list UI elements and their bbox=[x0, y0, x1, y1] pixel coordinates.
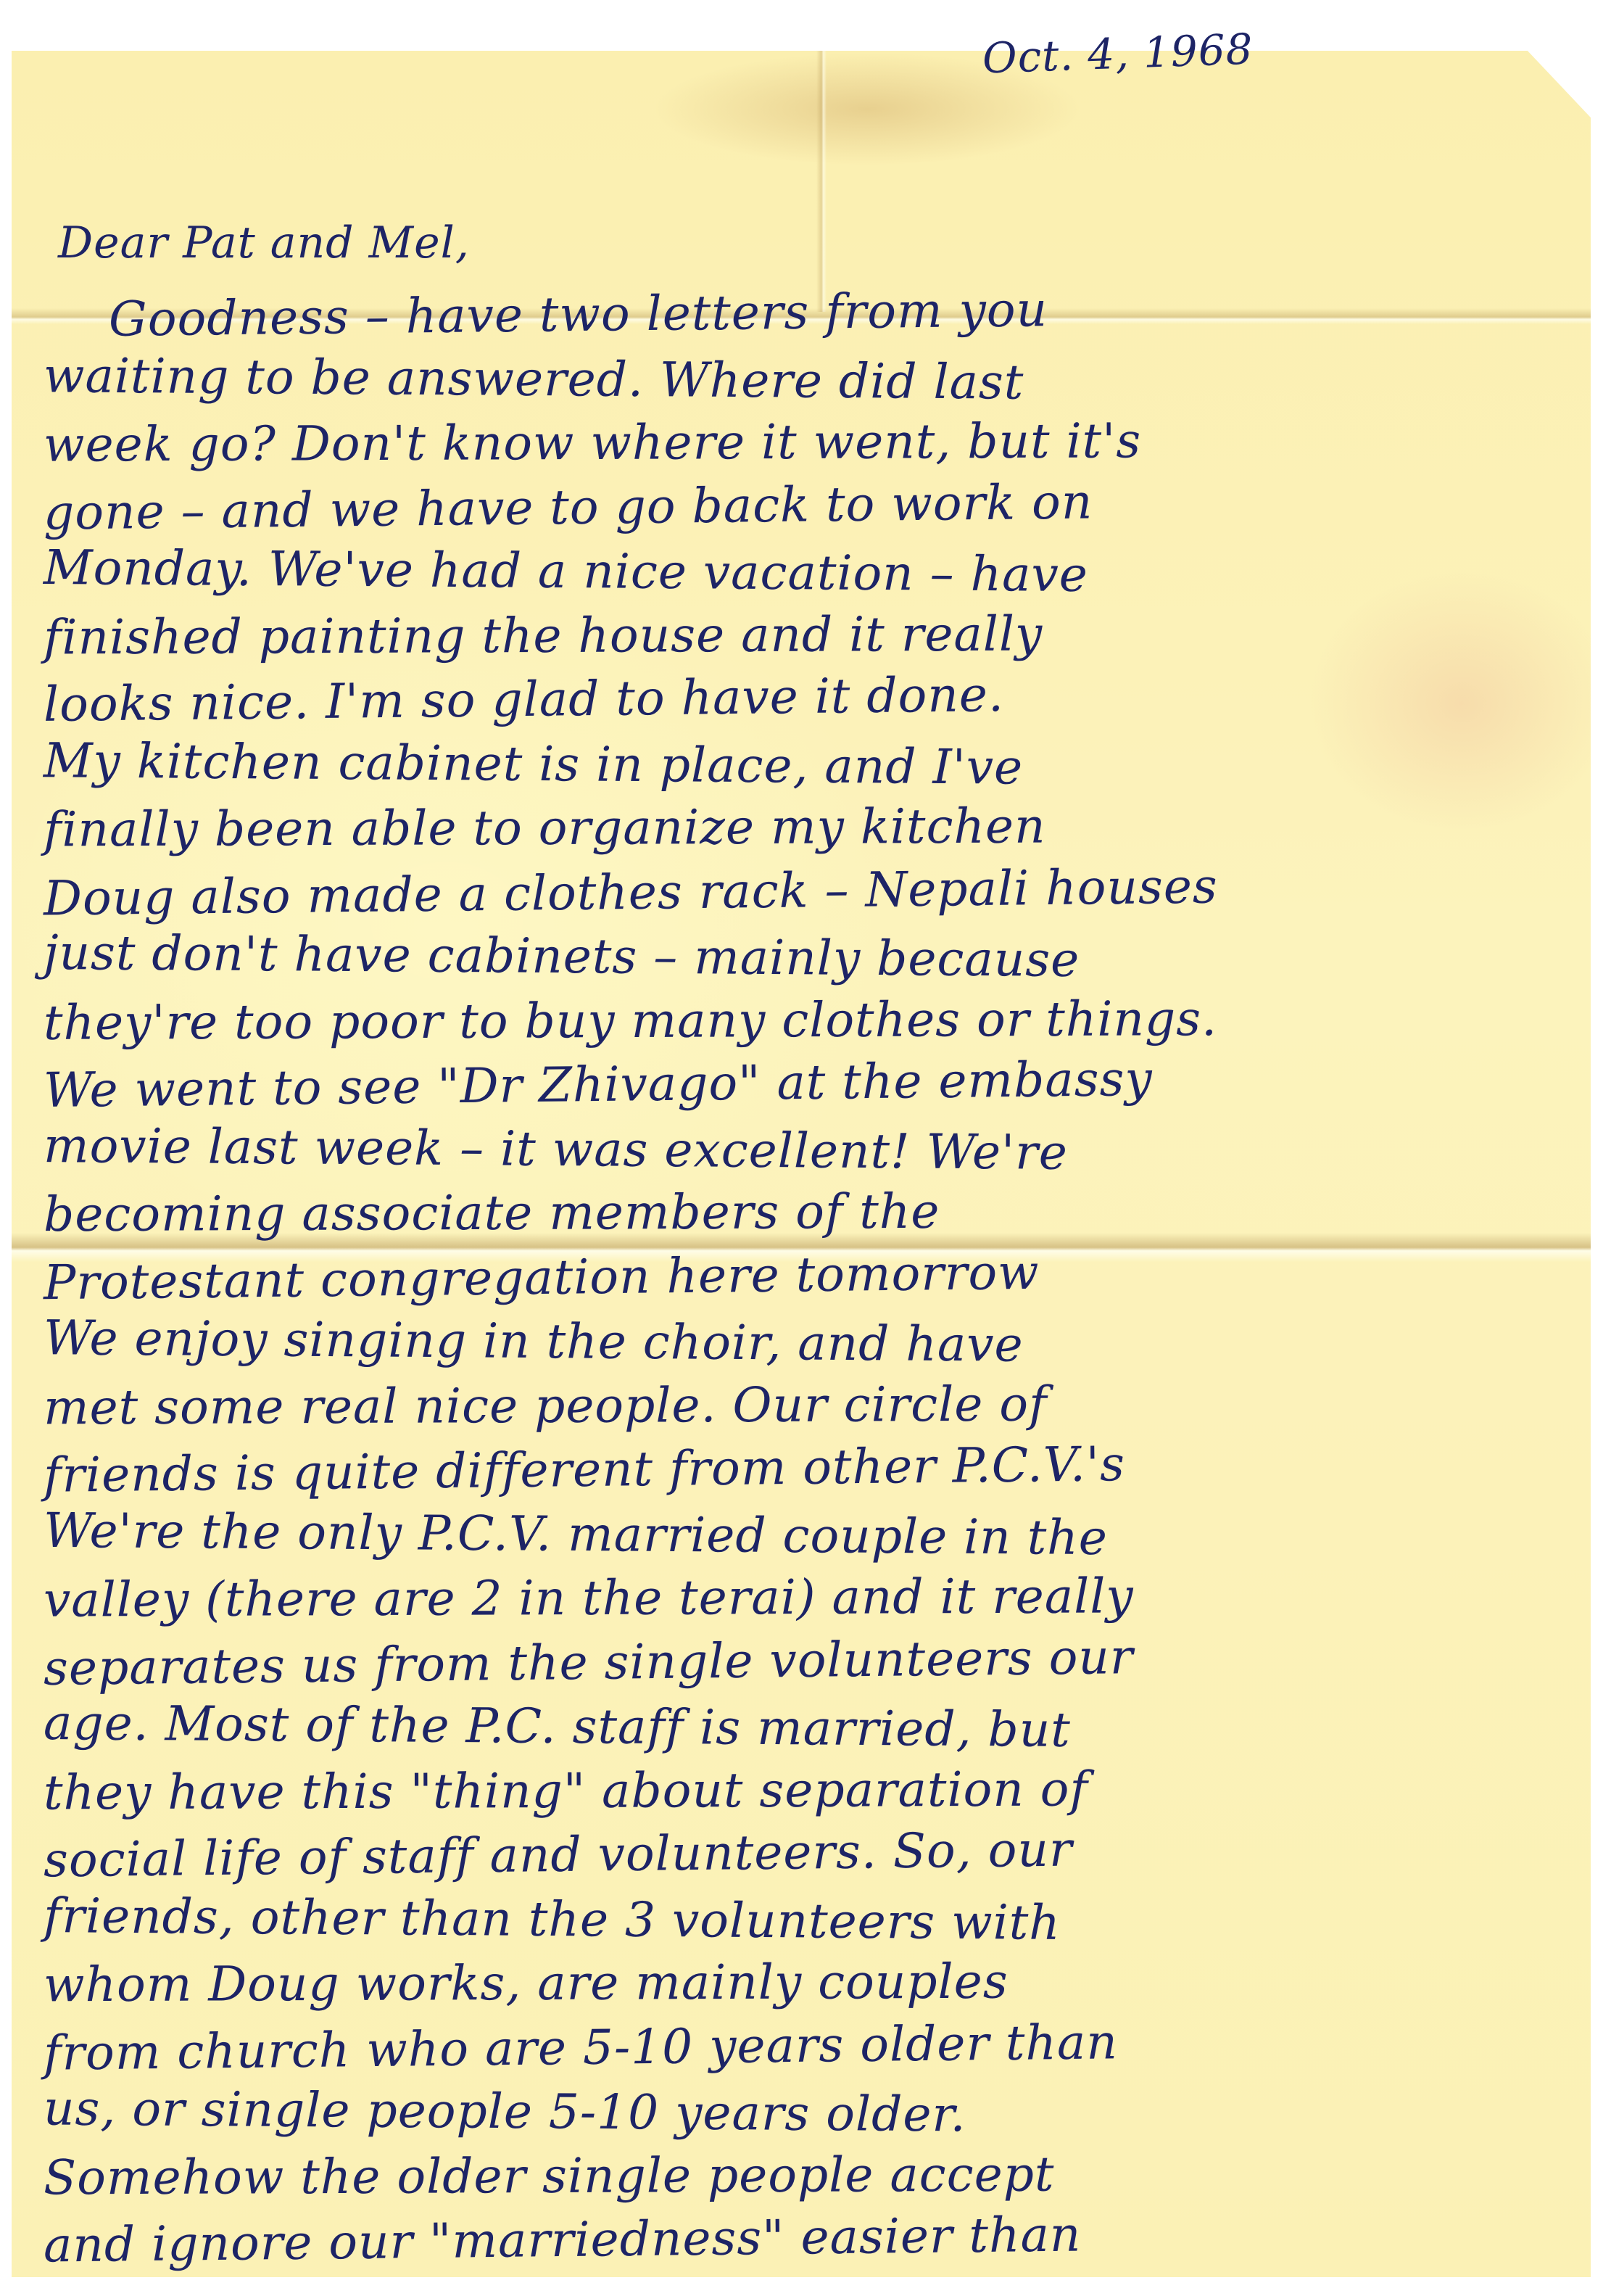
letter-line: Somehow the older single people accept bbox=[44, 2146, 1055, 2205]
letter-line: movie last week – it was excellent! We'r… bbox=[44, 1118, 1068, 1181]
letter-line: whom Doug works, are mainly couples bbox=[44, 1954, 1009, 2013]
letter-line: Monday. We've had a nice vacation – have bbox=[44, 540, 1088, 603]
letter-line: separates us from the single volunteers … bbox=[44, 1629, 1134, 1696]
letter-line: week go? Don't know where it went, but i… bbox=[44, 413, 1141, 472]
letter-date: Oct. 4, 1968 bbox=[982, 25, 1254, 83]
letter-line: becoming associate members of the bbox=[44, 1184, 940, 1242]
letter-line: met some real nice people. Our circle of bbox=[44, 1376, 1048, 1435]
letter-line: We enjoy singing in the choir, and have bbox=[44, 1310, 1024, 1372]
letter-line: us, or single people 5-10 years older. bbox=[44, 2081, 966, 2143]
letter-line: finally been able to organize my kitchen bbox=[44, 798, 1046, 858]
letter-line: waiting to be answered. Where did last bbox=[44, 347, 1024, 410]
letter-line: and ignore our "marriedness" easier than bbox=[44, 2207, 1082, 2274]
letter-line: gone – and we have to go back to work on bbox=[44, 474, 1093, 540]
letter-line: We're the only P.C.V. married couple in … bbox=[44, 1502, 1108, 1565]
letter-line: Goodness – have two letters from you bbox=[109, 281, 1048, 347]
letter-line: from church who are 5-10 years older tha… bbox=[44, 2014, 1119, 2081]
letter-line: age. Most of the P.C. staff is married, … bbox=[44, 1695, 1071, 1758]
letter-line: they have this "thing" about separation … bbox=[44, 1761, 1088, 1820]
letter-line: Doug also made a clothes rack – Nepali h… bbox=[44, 858, 1218, 926]
letter-line: friends is quite different from other P.… bbox=[44, 1436, 1126, 1503]
letter-salutation: Dear Pat and Mel, bbox=[58, 218, 470, 268]
letter-line: friends, other than the 3 volunteers wit… bbox=[44, 1888, 1061, 1951]
letter-line: My kitchen cabinet is in place, and I've bbox=[44, 732, 1024, 795]
letter-line: just don't have cabinets – mainly becaus… bbox=[44, 925, 1080, 988]
letter-line: social life of staff and volunteers. So,… bbox=[44, 1822, 1073, 1888]
letter-line: they're too poor to buy many clothes or … bbox=[44, 991, 1217, 1051]
letter-line: valley (there are 2 in the terai) and it… bbox=[44, 1568, 1134, 1627]
letter-line: finished painting the house and it reall… bbox=[44, 606, 1043, 665]
letter-line: looks nice. I'm so glad to have it done. bbox=[44, 666, 1005, 732]
paper-fold-vertical bbox=[816, 51, 827, 312]
letter-line: Protestant congregation here tomorrow bbox=[44, 1244, 1040, 1310]
letter-line: We went to see "Dr Zhivago" at the embas… bbox=[44, 1051, 1153, 1118]
